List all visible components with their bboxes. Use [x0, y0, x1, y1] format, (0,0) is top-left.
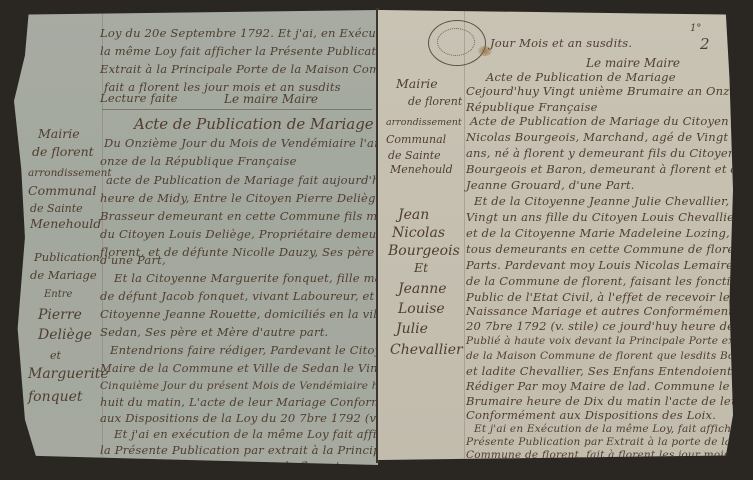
margin-note: Et	[414, 262, 428, 275]
text-line: Et j'ai en Exécution de la même Loy, fai…	[474, 424, 733, 435]
text-line: Extrait à la Principale Porte de la Mais…	[100, 64, 378, 76]
right-page: 1° 2 Jour Mois et an susdits. Le maire M…	[378, 10, 733, 460]
folio-mark: 1°	[690, 24, 701, 34]
text-line: Et j'ai en exécution de la même Loy fait…	[114, 429, 378, 441]
text-line: Loy du 20e Septembre 1792. Et j'ai, en E…	[100, 28, 378, 40]
divider	[102, 109, 372, 110]
text-line: 20 7bre 1792 (v. stile) ce jourd'huy heu…	[466, 321, 733, 333]
signature: Le maire Maire	[586, 57, 680, 69]
margin-name: Bourgeois	[388, 244, 460, 258]
text-line: acte de Publication de Mariage fait aujo…	[106, 175, 378, 187]
text-line: Public de l'Etat Civil, à l'effet de rec…	[466, 292, 733, 304]
text-line: du Citoyen Louis Deliège, Propriétaire d…	[100, 229, 378, 241]
text-line: d'une Part,	[100, 255, 166, 267]
text-line: la même Loy fait afficher la Présente Pu…	[100, 46, 378, 58]
left-page: Loy du 20e Septembre 1792. Et j'ai, en E…	[14, 10, 378, 465]
text-line: Du Onzième Jour du Mois de Vendémiaire l…	[104, 138, 378, 150]
margin-note: Communal	[386, 134, 446, 145]
margin-name: Louise	[398, 302, 445, 316]
text-line: Et la Citoyenne Marguerite fonquet, fill…	[114, 273, 378, 285]
page-number: 2	[700, 37, 710, 52]
margin-note: Publication	[34, 252, 100, 264]
text-line: de défunt Jacob fonquet, vivant Laboureu…	[100, 291, 378, 303]
text-line: Brasseur demeurant en cette Commune fils…	[100, 211, 378, 223]
text-line: Cejourd'huy Vingt unième Brumaire an Onz…	[466, 86, 733, 98]
margin-note: Communal	[28, 185, 96, 198]
text-line: onze de la République Française	[100, 156, 297, 168]
margin-note: et	[50, 350, 61, 361]
text-line: la Présente Publication par extrait à la…	[100, 445, 378, 457]
act-title: Acte de Publication de Mariage	[134, 117, 374, 132]
text-line: Entendrions faire rédiger, Pardevant le …	[110, 345, 378, 357]
text-line: Vingt un ans fille du Citoyen Louis Chev…	[466, 212, 733, 224]
official-seal-stamp	[428, 20, 486, 66]
text-line: Présente Publication par Extrait à la po…	[466, 437, 733, 448]
text-line: Citoyenne Jeanne Rouette, domiciliés en …	[100, 309, 378, 321]
margin-note: de Mariage	[30, 270, 97, 282]
margin-name: Deliège	[38, 328, 92, 342]
text-line: Brumaire heure de Dix du matin l'acte de…	[466, 396, 733, 408]
text-line: heure de Midy, Entre le Citoyen Pierre D…	[100, 193, 378, 205]
margin-name: Marguerite	[28, 367, 109, 381]
text-line: Et de la Citoyenne Jeanne Julie Chevalli…	[474, 196, 733, 208]
margin-note: arrondissement	[386, 118, 462, 128]
text-line: ans, né à florent y demeurant fils du Ci…	[466, 148, 733, 160]
margin-name: Jean	[398, 208, 429, 222]
margin-note: Mairie	[396, 78, 438, 91]
text-line: Commune de florent, fait à florent les j…	[466, 450, 733, 460]
margin-note: Menehould	[390, 164, 453, 175]
text-line: Publié à haute voix devant la Principale…	[466, 336, 733, 347]
text-line: et de la Citoyenne Marie Madeleine Lozin…	[466, 228, 733, 240]
text-line: et ladite Chevallier, Ses Enfans Entendo…	[466, 366, 733, 378]
text-line: Acte de Publication de Mariage du Citoye…	[470, 116, 733, 128]
margin-name: fonquet	[28, 390, 83, 404]
text-line: de la Commune de florent, faisant les fo…	[466, 276, 733, 288]
text-line: Maire de la Commune et Ville de Sedan le…	[100, 363, 378, 375]
text-line: Lecture faite	[100, 93, 178, 105]
margin-note: de florent	[408, 96, 462, 107]
margin-name: Chevallier	[390, 343, 463, 357]
margin-note: arrondissement	[28, 168, 112, 179]
text-line: tous demeurants en cette Commune de flor…	[466, 244, 733, 256]
margin-note: de florent	[32, 146, 94, 159]
text-line: Sedan, Ses père et Mère d'autre part.	[100, 327, 328, 339]
margin-rule	[464, 10, 465, 460]
margin-note: Menehould	[30, 218, 101, 231]
text-line: de la Maison Commune de florent que lesd…	[466, 351, 733, 362]
text-line: Jeanne Grouard, d'une Part.	[466, 180, 635, 192]
margin-note: de Sainte	[388, 150, 441, 161]
text-line: Jour Mois et an susdits.	[490, 38, 632, 50]
text-line: République Française	[466, 102, 598, 114]
margin-name: Pierre	[38, 308, 82, 322]
text-line: aux Dispositions de la Loy du 20 7bre 17…	[100, 413, 378, 425]
margin-note: Mairie	[38, 128, 80, 141]
margin-name: Jeanne	[398, 282, 447, 296]
seal-emblem	[437, 28, 475, 56]
act-title: Acte de Publication de Mariage	[486, 72, 676, 84]
text-line: Porte de la Maison Commune de florent	[100, 461, 340, 465]
text-line: Conformément aux Dispositions des Loix.	[466, 410, 716, 422]
text-line: Parts. Pardevant moy Louis Nicolas Lemai…	[466, 260, 733, 272]
text-line: huit du matin, L'acte de leur Mariage Co…	[100, 397, 378, 409]
text-line: Bourgeois et Baron, demeurant à florent …	[466, 164, 733, 176]
text-line: Naissance Mariage et autres Conformément…	[466, 306, 733, 318]
text-line: Cinquième Jour du présent Mois de Vendém…	[100, 381, 378, 392]
margin-note: Entre	[44, 290, 72, 300]
signature: Le maire Maire	[224, 93, 318, 105]
margin-name: Julie	[396, 322, 428, 336]
margin-name: Nicolas	[392, 226, 445, 240]
text-line: Nicolas Bourgeois, Marchand, agé de Ving…	[466, 132, 733, 144]
margin-note: de Sainte	[30, 203, 83, 214]
text-line: Rédiger Par moy Maire de lad. Commune le…	[466, 381, 733, 393]
